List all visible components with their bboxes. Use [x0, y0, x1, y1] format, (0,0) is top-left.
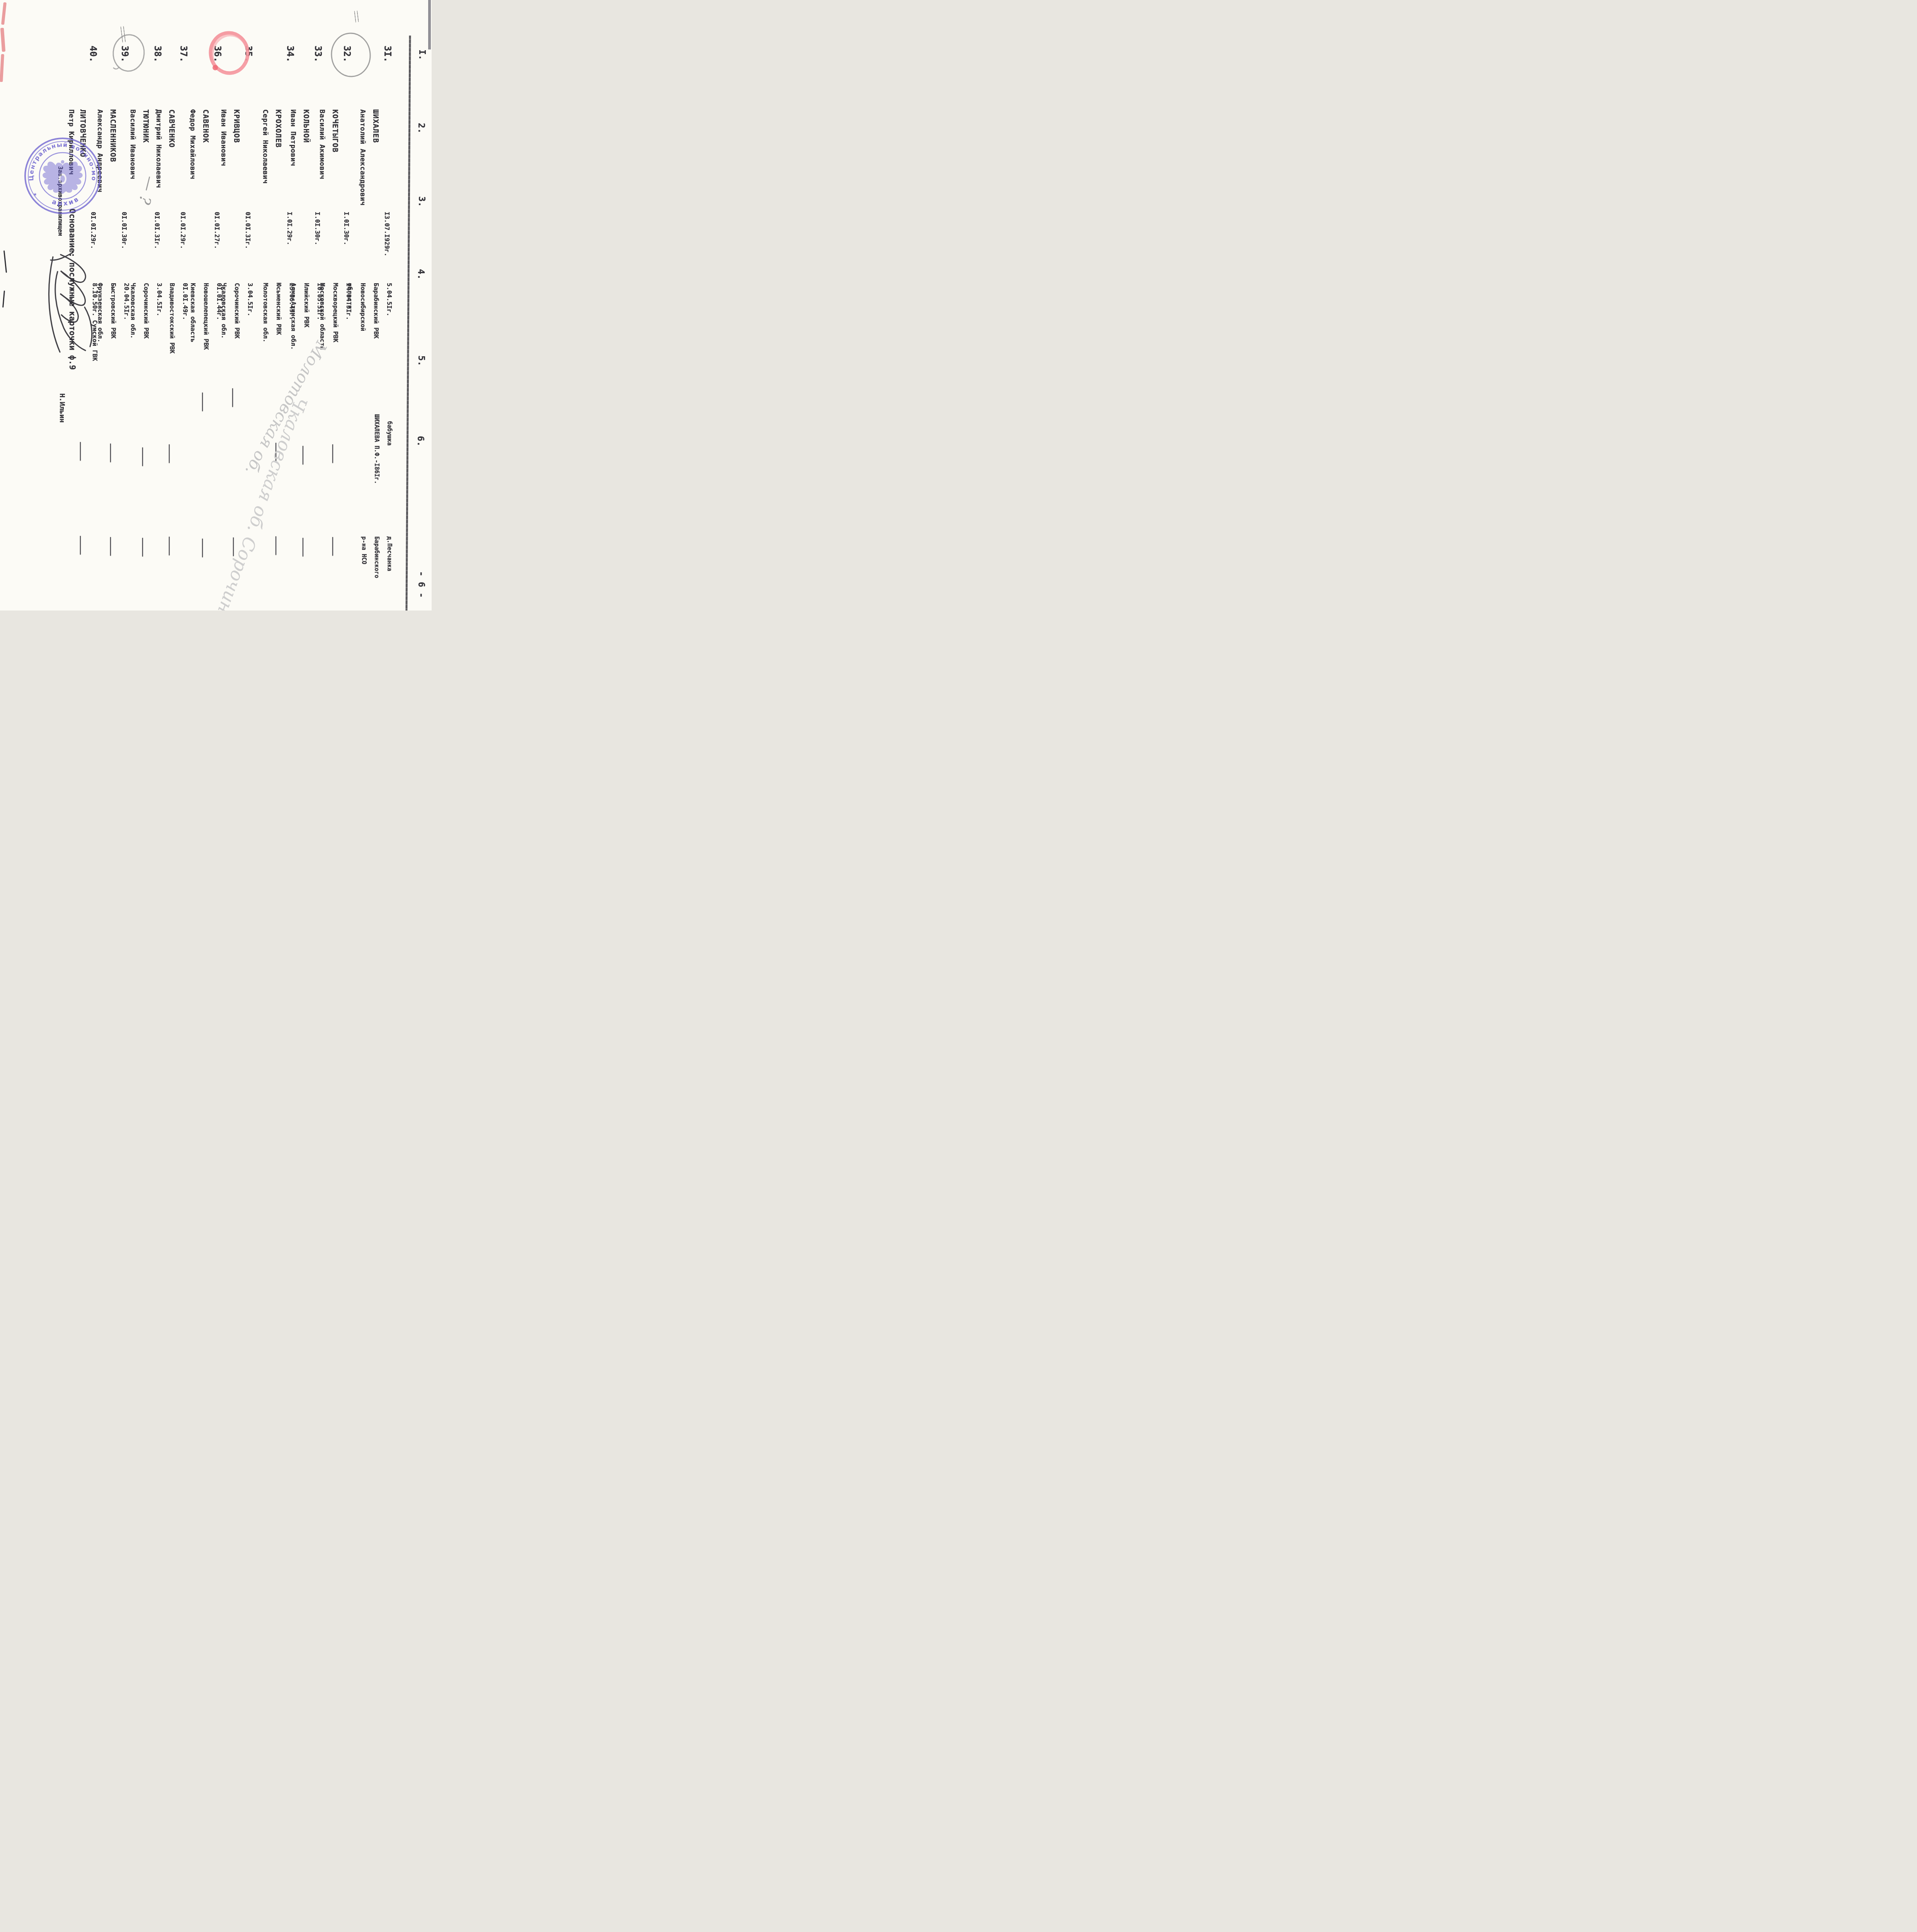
no-data-dash: — — [330, 444, 337, 463]
row-number: 33. — [313, 46, 323, 62]
ink-artifact — [3, 250, 7, 273]
birth-date: I.0I.30г. — [343, 212, 350, 245]
pencil-circle-32 — [328, 31, 373, 79]
address-line: р-на НСО — [361, 536, 367, 564]
header-rule — [405, 36, 411, 611]
draft-region: Новосибирской — [359, 283, 367, 331]
draft-office: Юсьменский РВК — [275, 283, 282, 335]
column-header-4: 4. — [416, 269, 426, 280]
birth-date: 0I.0I.29г. — [90, 212, 97, 249]
draft-region: Чкаловская обл. — [129, 283, 137, 339]
surname: КРИВЦОВ — [232, 109, 241, 143]
draft-office: Илийский РВК — [303, 283, 310, 328]
surname: МАСЛЕННИКОВ — [109, 109, 117, 162]
page-number: - 6 - — [416, 571, 426, 598]
red-pencil-circle-36 — [206, 29, 251, 77]
draft-office: Барабинский РВК — [373, 283, 380, 339]
row-number: 3I. — [382, 46, 393, 62]
given-names: Федор Михайлович — [189, 109, 197, 179]
draft-office: Сорочинский РВК — [143, 283, 150, 339]
address-line: Барабинского — [373, 536, 380, 578]
relative-note: бабушка — [386, 421, 393, 446]
birth-date: 0I.0I.30г. — [121, 212, 128, 249]
draft-date: 5.04.5Iг. — [386, 283, 393, 316]
draft-date: 0I.0I.44г. — [216, 283, 223, 320]
given-names: Анатолий Александрович — [359, 109, 367, 206]
given-names: Василий Акимович — [318, 109, 326, 179]
surname: САВЧЕНКО — [167, 109, 176, 148]
no-data-dash: — — [230, 388, 237, 407]
birth-date: I.0I.30г. — [314, 212, 321, 245]
stamp-bottom-text: архив — [51, 195, 81, 207]
signer-name: Н.Ильин — [58, 393, 66, 423]
column-header-1: I. — [417, 49, 427, 60]
draft-date: I4.04.5Iг. — [345, 283, 352, 320]
no-data-dash: — — [166, 537, 173, 555]
pencil-question-mark: — ? — [135, 174, 160, 206]
given-names: Дмитрий Николаевич — [155, 109, 163, 188]
address-line: д.Песчанка — [386, 536, 393, 571]
stamp-eagle-emblem — [43, 160, 83, 194]
given-names: Иван Иванович — [219, 109, 228, 166]
draft-office: Новошелепецкий РВК — [202, 283, 210, 350]
no-data-dash: — — [273, 536, 280, 555]
svg-text:архив: архив — [51, 195, 81, 207]
surname: ШИХАЛЕВ — [371, 109, 380, 143]
pencil-circle-39 — [110, 33, 146, 75]
draft-region: Киевская область — [189, 283, 197, 342]
no-data-dash: — — [300, 538, 307, 556]
draft-date: I0.05.5Iг. — [316, 283, 323, 320]
birth-date: I.0I.29г. — [286, 212, 293, 245]
row-number: 38. — [152, 46, 163, 62]
draft-office: Владивостокский РВК — [168, 283, 176, 354]
archive-stamp: Центральный военно-морской архив ★ — [23, 136, 102, 216]
no-data-dash: — — [166, 444, 173, 463]
no-data-dash: — — [139, 447, 147, 466]
column-header-5: 5. — [416, 355, 426, 366]
draft-date: 25.06.49г. — [288, 283, 296, 320]
handwritten-signature — [42, 249, 96, 361]
row-number: 37. — [178, 46, 189, 62]
given-names: Иван Петрович — [289, 109, 297, 166]
surname: ТЮТЮНИК — [141, 109, 150, 143]
surname: КРОХОЛЕВ — [274, 109, 282, 148]
column-header-6: 6. — [415, 436, 425, 447]
birth-date: 0I.0I.27г. — [213, 212, 221, 249]
no-data-dash: — — [139, 538, 147, 556]
no-data-dash: — — [77, 536, 85, 554]
draft-office: Сорочинский РВК — [233, 283, 241, 339]
no-data-dash: — — [77, 442, 85, 461]
no-data-dash: — — [199, 539, 207, 557]
surname: САВЕНОК — [201, 109, 210, 143]
no-data-dash: — — [330, 537, 337, 556]
birth-date: I3.07.I929г. — [383, 212, 391, 257]
stamp-star-icon: ★ — [33, 190, 37, 197]
draft-date: 20.04.5Iг. — [123, 283, 130, 320]
draft-date: 3.04.5Iг. — [247, 283, 254, 316]
pencil-note-chkalov: Чкаловская об. Сорочинка — [206, 394, 312, 611]
draft-office: Москворецкий РВК — [332, 283, 339, 342]
given-names: Василий Иванович — [129, 109, 137, 179]
draft-office: Быстровский РВК — [110, 283, 117, 339]
draft-date: 3.04.5Iг. — [156, 283, 163, 316]
birth-date: 0I.0I.3Iг. — [244, 212, 252, 249]
given-names: Сергей Николаевич — [261, 109, 269, 184]
relative-name: ШИХАЛЕВА П.Ф.-I86Iг. — [373, 414, 380, 484]
margin-equals-mark-32 — [352, 10, 359, 22]
birth-date: 0I.0I.3Iг. — [153, 212, 161, 249]
no-data-dash: — — [300, 446, 307, 464]
no-data-dash: — — [107, 444, 115, 462]
draft-date: 0I.0I.49г. — [182, 283, 189, 320]
no-data-dash: — — [107, 537, 115, 556]
row-number: 34. — [285, 46, 296, 62]
document-content-rotated: I. 2. 3. 4. 5. 6. - 6 - 3I. ШИХАЛЕВ Анат… — [0, 0, 432, 611]
ink-artifact — [2, 291, 5, 308]
row-number: 40. — [88, 46, 99, 62]
scanned-document-page: I. 2. 3. 4. 5. 6. - 6 - 3I. ШИХАЛЕВ Анат… — [0, 0, 432, 611]
no-data-dash: — — [199, 393, 207, 411]
column-header-3: 3. — [417, 196, 427, 207]
draft-region: Молотовская обл. — [262, 283, 269, 342]
birth-date: 0I.0I.29г. — [179, 212, 187, 249]
column-header-2: 2. — [416, 123, 426, 134]
surname: КОЛЬНОЙ — [302, 109, 310, 143]
surname: КОЧЕТЫГОВ — [331, 109, 339, 153]
